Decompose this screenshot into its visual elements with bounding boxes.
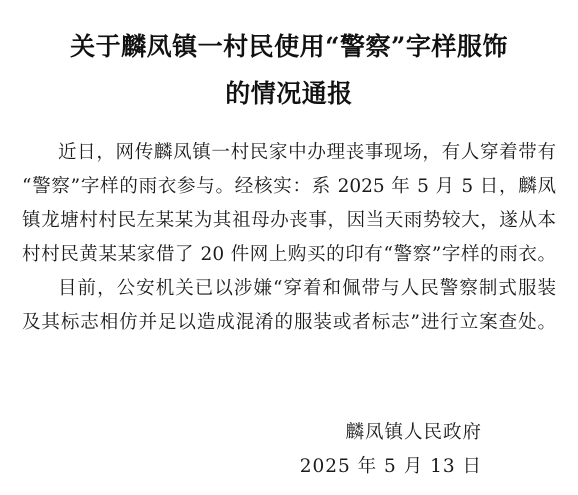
paragraph-1-line-1: 近日，网传麟凤镇一村民家中办理丧事现场，有人穿着带有: [58, 138, 556, 164]
issuer-signature: 麟凤镇人民政府: [345, 418, 482, 444]
paragraph-1-line-2: “警察”字样的雨衣参与。经核实：系 2025 年 5 月 5 日，麟凤: [22, 172, 556, 198]
document-title-line-1: 关于麟凤镇一村民使用“警察”字样服饰: [0, 27, 578, 63]
paragraph-1-line-4: 村村民黄某某家借了 20 件网上购买的印有“警察”字样的雨衣。: [22, 240, 556, 266]
paragraph-1-line-3: 镇龙塘村村民左某某为其祖母办丧事，因当天雨势较大，遂从本: [22, 206, 556, 232]
document-title-line-2: 的情况通报: [0, 74, 578, 110]
issue-date: 2025 年 5 月 13 日: [300, 452, 482, 478]
paragraph-2-line-1: 目前，公安机关已以涉嫌“穿着和佩带与人民警察制式服装: [58, 274, 556, 300]
paragraph-2-line-2: 及其标志相仿并足以造成混淆的服装或者标志”进行立案查处。: [22, 308, 556, 334]
